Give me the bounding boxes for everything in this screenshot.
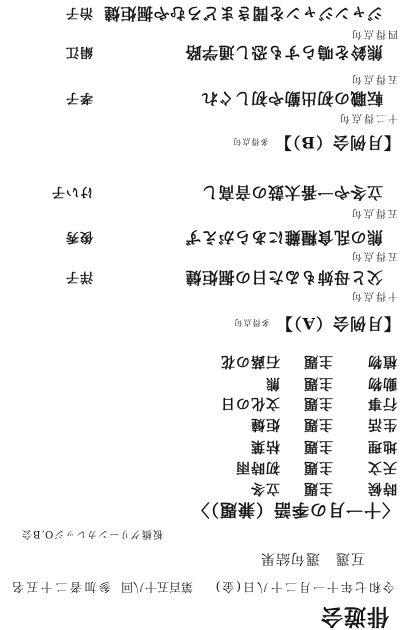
points-label: 十得点句 [350, 290, 398, 300]
haiku-text: 父と母姉もゐた日の掘炬燵 [185, 269, 383, 285]
haiku-author: 俊秀 [65, 230, 93, 243]
kigo-heading: 〈十一月の季語（兼題）〉 [192, 500, 400, 517]
kigo-category: 植物 [367, 354, 397, 368]
scanned-document-page: 俳遊会 令和七年十一月二十八日(金) 第百五十八回 参加者二十五名 互選 選句結… [0, 0, 403, 630]
session-heading: 【月例会（B）】多得点句 [232, 134, 400, 150]
selection-method: 互選 [335, 551, 365, 565]
kigo-type: 主題 [303, 481, 333, 495]
kigo-word: 立冬 [250, 481, 280, 495]
points-label: 五得点句 [350, 73, 398, 83]
meeting-number: 第百五十八回 [121, 581, 193, 593]
kigo-type: 主題 [303, 460, 333, 474]
kigo-category: 天文 [367, 460, 397, 474]
kigo-category: 動物 [367, 376, 397, 390]
haiku-author: 孝子 [65, 91, 93, 104]
points-label: 十二得点句 [338, 112, 398, 122]
points-label: 五得点句 [350, 250, 398, 260]
results-label: 選句結果 [260, 551, 320, 565]
kigo-type: 主題 [303, 396, 333, 410]
organization-name: 板橋グリーンカレッジO.B会 [21, 528, 163, 538]
haiku-text: ジャンジャンを聞きまどろむや掘炬燵 [104, 5, 383, 21]
haiku-text: 転職の初出勤や初しぐれ [201, 90, 383, 106]
session-heading: 【月例会（A）】多得点句 [234, 315, 400, 331]
kigo-word: 炬燵 [250, 417, 280, 431]
kigo-type: 主題 [303, 439, 333, 453]
kigo-type: 主題 [303, 417, 333, 431]
kigo-word: 枯葉 [250, 439, 280, 453]
kigo-category: 地理 [367, 439, 397, 453]
haiku-author: けい子 [51, 185, 93, 198]
kigo-word: 石蕗の花 [220, 354, 280, 368]
haiku-author: 絹江 [65, 45, 93, 58]
session-subheading: 多得点句 [232, 138, 268, 147]
haiku-author: 洋子 [65, 270, 93, 283]
haiku-text: 熊鈴を鳴らすも恐し通学路 [185, 44, 383, 60]
haiku-text: 立冬や一番太鼓の音高し [201, 184, 383, 200]
points-label: 四得点句 [350, 28, 398, 38]
kigo-type: 主題 [303, 376, 333, 390]
points-label: 五得点句 [350, 207, 398, 217]
session-title: 【月例会（B）】 [274, 133, 400, 152]
kigo-word: 初時雨 [235, 460, 280, 474]
kigo-category: 行事 [367, 396, 397, 410]
haiku-text: 熊の乱食糧難にあらがえず [185, 229, 383, 245]
haiku-author: 治子 [65, 6, 93, 19]
kigo-word: 熊 [265, 376, 280, 390]
session-title: 【月例会（A）】 [276, 314, 400, 333]
meeting-date: 令和七年十一月二十八日(金) [214, 581, 395, 593]
document-title: 俳遊会 [320, 605, 389, 627]
participant-count: 参加者二十五名 [9, 581, 111, 593]
kigo-category: 時候 [367, 481, 397, 495]
kigo-type: 主題 [303, 354, 333, 368]
kigo-category: 生活 [367, 417, 397, 431]
kigo-word: 文化の日 [220, 396, 280, 410]
session-subheading: 多得点句 [234, 319, 270, 328]
